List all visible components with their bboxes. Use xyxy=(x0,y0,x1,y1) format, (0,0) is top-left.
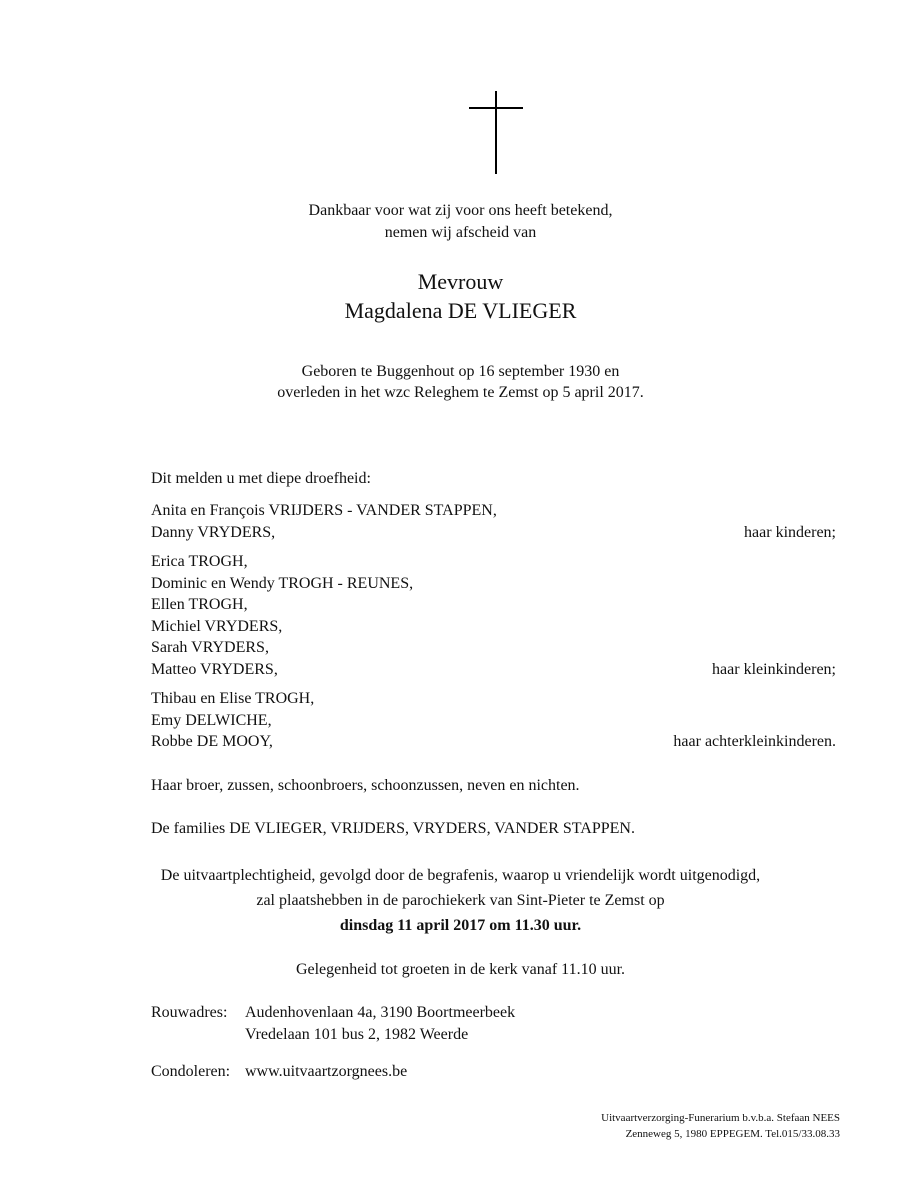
relation-label: haar kinderen; xyxy=(744,523,836,543)
deceased-name: Magdalena DE VLIEGER xyxy=(0,297,921,325)
condolence-label: Condoleren: xyxy=(151,1062,230,1082)
life-line-1: Geboren te Buggenhout op 16 september 19… xyxy=(0,362,921,382)
address-label: Rouwadres: xyxy=(151,1003,227,1023)
relation-label: haar achterkleinkinderen. xyxy=(673,732,836,752)
condolence-url[interactable]: www.uitvaartzorgnees.be xyxy=(245,1062,407,1082)
cross-horizontal-bar xyxy=(469,107,523,109)
life-line-2: overleden in het wzc Releghem te Zemst o… xyxy=(0,383,921,403)
ceremony-line-1: De uitvaartplechtigheid, gevolgd door de… xyxy=(0,866,921,886)
intro-line-1: Dankbaar voor wat zij voor ons heeft bet… xyxy=(0,201,921,221)
family-member: Robbe DE MOOY, xyxy=(151,732,273,752)
relation-label: haar kleinkinderen; xyxy=(712,660,836,680)
address-line-2: Vredelaan 101 bus 2, 1982 Weerde xyxy=(245,1025,468,1045)
relatives-line: Haar broer, zussen, schoonbroers, schoon… xyxy=(151,776,580,796)
family-member: Ellen TROGH, xyxy=(151,595,248,615)
family-member: Emy DELWICHE, xyxy=(151,711,272,731)
family-member: Matteo VRYDERS, xyxy=(151,660,278,680)
family-member: Anita en François VRIJDERS - VANDER STAP… xyxy=(151,501,497,521)
family-member: Thibau en Elise TROGH, xyxy=(151,689,314,709)
family-member: Dominic en Wendy TROGH - REUNES, xyxy=(151,574,413,594)
intro-line-2: nemen wij afscheid van xyxy=(0,223,921,243)
greeting-line: Gelegenheid tot groeten in de kerk vanaf… xyxy=(0,960,921,980)
announcement: Dit melden u met diepe droefheid: xyxy=(151,469,371,489)
family-member: Sarah VRYDERS, xyxy=(151,638,269,658)
families-line: De families DE VLIEGER, VRIJDERS, VRYDER… xyxy=(151,819,635,839)
footer-line-1: Uitvaartverzorging-Funerarium b.v.b.a. S… xyxy=(601,1111,840,1125)
family-member: Michiel VRYDERS, xyxy=(151,617,282,637)
family-member: Erica TROGH, xyxy=(151,552,248,572)
family-member: Danny VRYDERS, xyxy=(151,523,275,543)
ceremony-line-2: zal plaatshebben in de parochiekerk van … xyxy=(0,891,921,911)
footer-line-2: Zenneweg 5, 1980 EPPEGEM. Tel.015/33.08.… xyxy=(626,1127,840,1141)
deceased-title: Mevrouw xyxy=(0,268,921,296)
address-line-1: Audenhovenlaan 4a, 3190 Boortmeerbeek xyxy=(245,1003,515,1023)
ceremony-datetime: dinsdag 11 april 2017 om 11.30 uur. xyxy=(0,916,921,936)
cross-vertical-bar xyxy=(495,91,497,174)
